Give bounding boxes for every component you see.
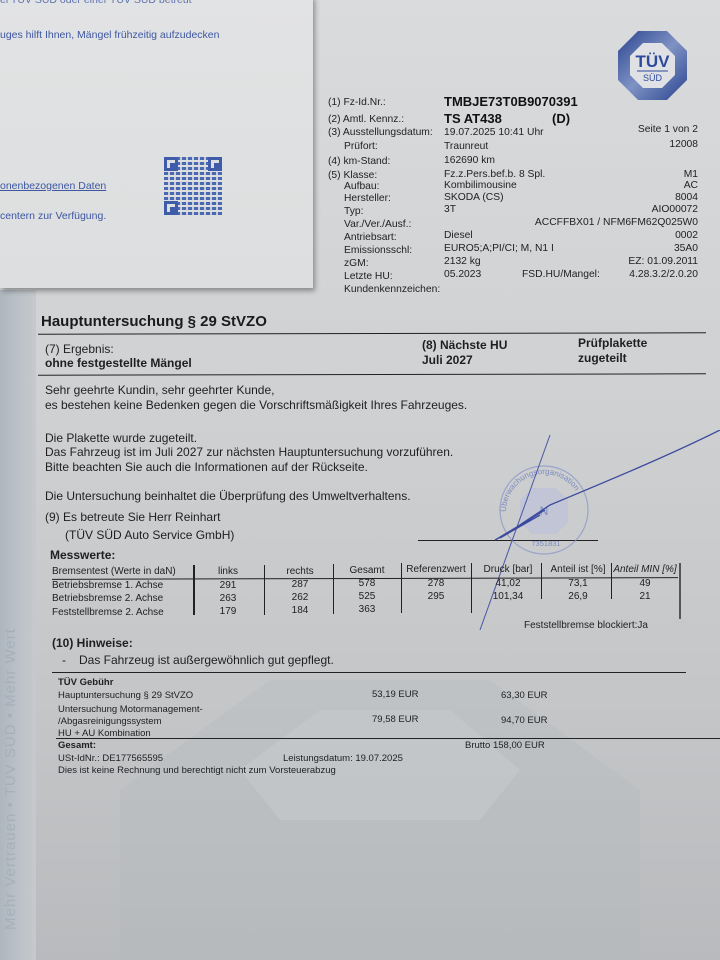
- inspector-text: (9) Es betreute Sie Herr Reinhart: [45, 510, 220, 524]
- label-aufbau: Aufbau:: [344, 181, 380, 192]
- back-side-text: Bitte beachten Sie auch die Informatione…: [45, 460, 368, 474]
- col-header: Anteil ist [%]: [545, 564, 611, 575]
- result-value: ohne festgestellte Mängel: [45, 356, 192, 370]
- total-label: Gesamt:: [58, 740, 96, 751]
- photo-background: Mehr Vertrauen • TÜV SÜD • Mehr Wert ei …: [0, 0, 720, 960]
- value-variante: ACCFFBX01 / NFM6FM62Q025W0: [535, 217, 698, 228]
- next-hu-label: (8) Nächste HU: [422, 338, 507, 352]
- value-hersteller: SKODA (CS): [444, 192, 504, 203]
- table-cell: 525: [342, 591, 392, 602]
- label-km: (4) km-Stand:: [328, 156, 390, 167]
- table-cell: 179: [208, 606, 248, 617]
- value-aufbau-code: AC: [684, 180, 698, 191]
- official-stamp: Überwachungsorganisation N 7351831: [494, 460, 594, 560]
- value-first-registration: EZ: 01.09.2011: [628, 256, 698, 267]
- notes-title: (10) Hinweise:: [52, 636, 133, 650]
- table-cell: 101,34: [478, 591, 538, 602]
- table-cell: 41,02: [478, 578, 538, 589]
- table-divider: [193, 565, 195, 615]
- label-hersteller: Hersteller:: [344, 193, 391, 204]
- value-letzte-hu: 05.2023: [444, 269, 481, 280]
- page-indicator: Seite 1 von 2: [638, 124, 698, 135]
- value-km: 162690 km: [444, 155, 495, 166]
- divider: [56, 738, 720, 739]
- environment-text: Die Untersuchung beinhaltet die Überprüf…: [45, 489, 411, 503]
- table-cell: 49: [612, 578, 678, 589]
- label-antriebsart: Antriebsart:: [344, 232, 397, 243]
- table-cell: 262: [275, 592, 325, 603]
- col-header: Bremsentest (Werte in daN): [52, 566, 176, 577]
- disclaimer: Dies ist keine Rechnung und berechtigt n…: [58, 765, 336, 776]
- value-hersteller-code: 8004: [675, 192, 698, 203]
- next-hu-value: Juli 2027: [422, 353, 473, 367]
- value-issue-date: 19.07.2025 10:41 Uhr: [444, 127, 544, 138]
- value-klasse-code: M1: [684, 169, 698, 180]
- value-station-code: 12008: [669, 139, 698, 150]
- label-emission: Emissionsschl:: [344, 245, 412, 256]
- divider: [38, 332, 706, 334]
- col-header: rechts: [275, 566, 325, 577]
- sticker-text: Die Plakette wurde zugeteilt.: [45, 431, 197, 445]
- value-pruefort: Traunreut: [444, 141, 488, 152]
- sticker-badge-line1: Prüfplakette: [578, 336, 647, 350]
- leaflet-line-top: ei TÜV SÜD oder einer TÜV SÜD betreut: [0, 0, 192, 6]
- value-emission-code: 35A0: [674, 243, 698, 254]
- table-divider: [541, 563, 542, 599]
- table-cell: 73,1: [545, 578, 611, 589]
- leaflet-privacy-link[interactable]: onenbezogenen Daten: [0, 180, 106, 192]
- label-fz-id: (1) Fz-Id.Nr.:: [328, 97, 386, 108]
- col-header: Referenzwert: [403, 564, 469, 575]
- label-pruefort: Prüfort:: [344, 141, 378, 152]
- section-title: Hauptuntersuchung § 29 StVZO: [41, 313, 267, 330]
- value-emission: EURO5;A;PI/CI; M, N1 I: [444, 243, 554, 254]
- notes-bullet: -: [62, 653, 66, 667]
- next-inspection-text: Das Fahrzeug ist im Juli 2027 zur nächst…: [45, 445, 453, 459]
- value-typ-code: AIO00072: [652, 204, 698, 215]
- fee-item-gross: 63,30 EUR: [501, 690, 547, 701]
- table-cell: 263: [208, 593, 248, 604]
- greeting: Sehr geehrte Kundin, sehr geehrter Kunde…: [45, 383, 275, 397]
- fee-item-net: 53,19 EUR: [372, 689, 418, 700]
- table-divider: [401, 563, 402, 613]
- fee-item-label: Hauptuntersuchung § 29 StVZO: [58, 690, 193, 701]
- table-cell: 184: [275, 605, 325, 616]
- measurements-title: Messwerte:: [50, 548, 115, 562]
- service-date: Leistungsdatum: 19.07.2025: [283, 753, 403, 764]
- value-antriebsart-code: 0002: [675, 230, 698, 241]
- table-cell: 21: [612, 591, 678, 602]
- label-issue-date: (3) Ausstellungsdatum:: [328, 127, 433, 138]
- table-row-label: Betriebsbremse 2. Achse: [52, 593, 163, 604]
- notes-item: Das Fahrzeug ist außergewöhnlich gut gep…: [79, 653, 334, 667]
- label-variante: Var./Ver./Ausf.:: [344, 219, 411, 230]
- total-value: Brutto 158,00 EUR: [465, 740, 545, 751]
- label-fsd: FSD.HU/Mangel:: [522, 269, 600, 280]
- svg-text:SÜD: SÜD: [643, 73, 663, 83]
- table-divider: [264, 565, 265, 615]
- value-zgm: 2132 kg: [444, 256, 481, 267]
- label-typ: Typ:: [344, 206, 363, 217]
- value-vin: TMBJE73T0B9070391: [444, 94, 578, 109]
- label-letzte-hu: Letzte HU:: [344, 271, 393, 282]
- table-row-label: Betriebsbremse 1. Achse: [52, 580, 163, 591]
- table-cell: 291: [208, 580, 248, 591]
- table-cell: 578: [342, 578, 392, 589]
- value-license-plate: TS AT438: [444, 111, 502, 126]
- table-cell: 26,9: [545, 591, 611, 602]
- value-klasse: Fz.z.Pers.bef.b. 8 Spl.: [444, 169, 545, 180]
- col-header: Anteil MIN [%]: [612, 564, 678, 575]
- svg-text:N: N: [540, 504, 549, 518]
- qr-code[interactable]: [164, 157, 222, 215]
- tuv-sud-logo: TÜV SÜD: [617, 30, 688, 101]
- table-divider: [471, 563, 472, 613]
- stamp-number: 7351831: [531, 539, 560, 548]
- table-divider: [679, 563, 681, 619]
- fees-title: TÜV Gebühr: [58, 677, 113, 688]
- label-klasse: (5) Klasse:: [328, 170, 377, 181]
- svg-text:TÜV: TÜV: [636, 52, 671, 71]
- vat-id: USt-IdNr.: DE177565595: [58, 753, 163, 764]
- result-label: (7) Ergebnis:: [45, 342, 114, 356]
- fee-item-label: Untersuchung Motormanagement-: [58, 704, 203, 715]
- label-zgm: zGM:: [344, 258, 369, 269]
- label-kundenkennzeichen: Kundenkennzeichen:: [344, 284, 440, 295]
- value-aufbau: Kombilimousine: [444, 180, 517, 191]
- table-cell: 295: [403, 591, 469, 602]
- divider: [52, 672, 686, 673]
- value-typ: 3T: [444, 204, 456, 215]
- fee-item-gross: 94,70 EUR: [501, 715, 547, 726]
- sticker-badge-line2: zugeteilt: [578, 351, 627, 365]
- table-divider: [333, 564, 334, 614]
- company-text: (TÜV SÜD Auto Service GmbH): [65, 528, 234, 542]
- col-header: links: [208, 566, 248, 577]
- value-country: (D): [552, 111, 570, 126]
- col-header: Gesamt: [342, 565, 392, 576]
- table-cell: 278: [403, 578, 469, 589]
- divider: [38, 373, 706, 375]
- value-fsd: 4.28.3.2/2.0.20: [629, 269, 698, 280]
- label-kennzeichen: (2) Amtl. Kennz.:: [328, 114, 404, 125]
- overlapping-leaflet: ei TÜV SÜD oder einer TÜV SÜD betreut ug…: [0, 0, 313, 288]
- no-concerns-text: es bestehen keine Bedenken gegen die Vor…: [45, 398, 467, 412]
- table-cell: 287: [275, 579, 325, 590]
- leaflet-line-3: centern zur Verfügung.: [0, 210, 106, 222]
- parking-brake-note: Feststellbremse blockiert:Ja: [524, 620, 648, 631]
- table-cell: 363: [342, 604, 392, 615]
- col-header: Druck [bar]: [478, 564, 538, 575]
- fee-item-net: 79,58 EUR: [372, 714, 418, 725]
- value-antriebsart: Diesel: [444, 230, 473, 241]
- table-row-label: Feststellbremse 2. Achse: [52, 607, 164, 618]
- leaflet-line-1: uges hilft Ihnen, Mängel frühzeitig aufz…: [0, 29, 219, 41]
- side-strip-text: Mehr Vertrauen • TÜV SÜD • Mehr Wert: [2, 290, 19, 930]
- fee-item-label: /Abgasreinigungssystem: [58, 716, 162, 727]
